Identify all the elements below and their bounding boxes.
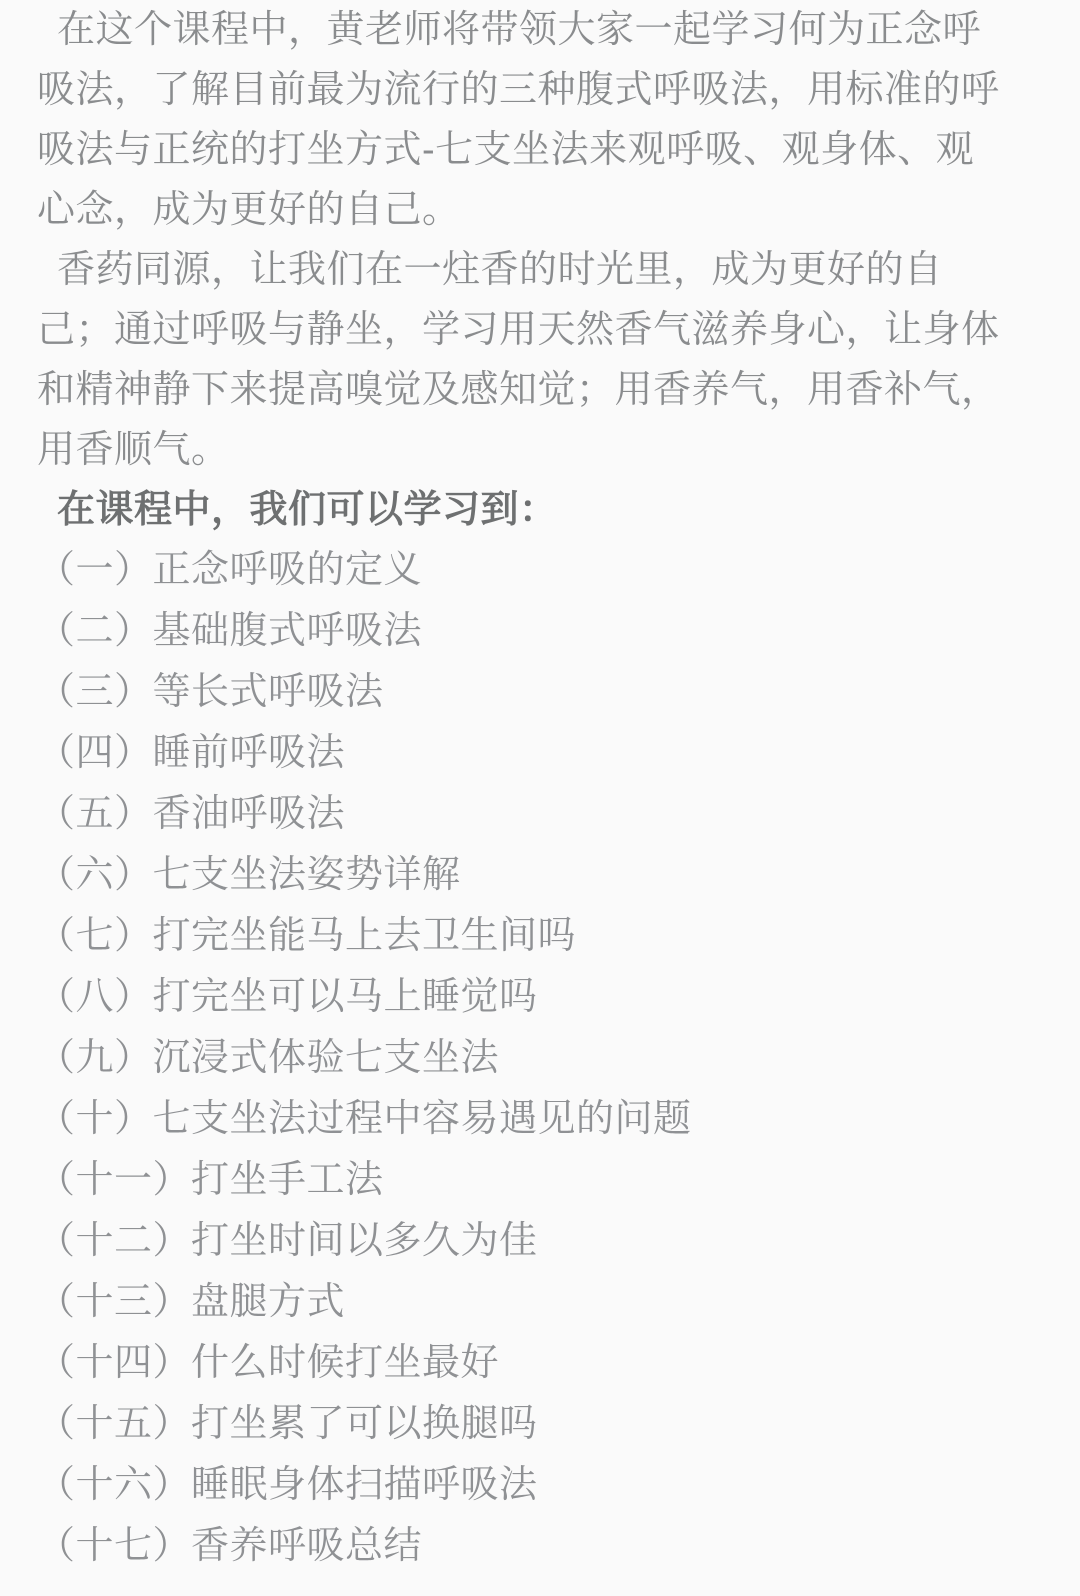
- paragraph-line: 吸法，了解目前最为流行的三种腹式呼吸法，用标准的呼: [37, 60, 1052, 120]
- paragraph-line: 香药同源，让我们在一炷香的时光里，成为更好的自: [37, 240, 1052, 300]
- course-item: （二）基础腹式呼吸法: [37, 601, 1052, 661]
- paragraph-line: 己；通过呼吸与静坐，学习用天然香气滋养身心，让身体: [37, 300, 1052, 360]
- course-item: （十五）打坐累了可以换腿吗: [37, 1394, 1052, 1454]
- course-item: （十）七支坐法过程中容易遇见的问题: [37, 1089, 1052, 1149]
- course-outline-list: （一）正念呼吸的定义 （二）基础腹式呼吸法 （三）等长式呼吸法 （四）睡前呼吸法…: [37, 540, 1052, 1576]
- learning-section-heading: 在课程中，我们可以学习到：: [37, 480, 1052, 540]
- course-item: （四）睡前呼吸法: [37, 723, 1052, 783]
- course-item: （九）沉浸式体验七支坐法: [37, 1028, 1052, 1088]
- intro-paragraph-course: 在这个课程中，黄老师将带领大家一起学习何为正念呼 吸法，了解目前最为流行的三种腹…: [37, 0, 1052, 240]
- course-item: （三）等长式呼吸法: [37, 662, 1052, 722]
- course-item: （八）打完坐可以马上睡觉吗: [37, 967, 1052, 1027]
- paragraph-line: 吸法与正统的打坐方式-七支坐法来观呼吸、观身体、观: [37, 120, 1052, 180]
- course-item: （六）七支坐法姿势详解: [37, 845, 1052, 905]
- course-item: （七）打完坐能马上去卫生间吗: [37, 906, 1052, 966]
- course-item: （十七）香养呼吸总结: [37, 1516, 1052, 1576]
- paragraph-line: 心念，成为更好的自己。: [37, 180, 1052, 240]
- paragraph-line: 用香顺气。: [37, 420, 1052, 480]
- course-item: （十二）打坐时间以多久为佳: [37, 1211, 1052, 1271]
- paragraph-line: 在这个课程中，黄老师将带领大家一起学习何为正念呼: [37, 0, 1052, 60]
- course-item: （五）香油呼吸法: [37, 784, 1052, 844]
- intro-paragraph-incense: 香药同源，让我们在一炷香的时光里，成为更好的自 己；通过呼吸与静坐，学习用天然香…: [37, 240, 1052, 480]
- course-item: （十三）盘腿方式: [37, 1272, 1052, 1332]
- paragraph-line: 和精神静下来提高嗅觉及感知觉；用香养气，用香补气，: [37, 360, 1052, 420]
- course-item: （十四）什么时候打坐最好: [37, 1333, 1052, 1393]
- course-item: （十六）睡眠身体扫描呼吸法: [37, 1455, 1052, 1515]
- course-item: （十一）打坐手工法: [37, 1150, 1052, 1210]
- course-item: （一）正念呼吸的定义: [37, 540, 1052, 600]
- course-description-page: 在这个课程中，黄老师将带领大家一起学习何为正念呼 吸法，了解目前最为流行的三种腹…: [0, 0, 1080, 1596]
